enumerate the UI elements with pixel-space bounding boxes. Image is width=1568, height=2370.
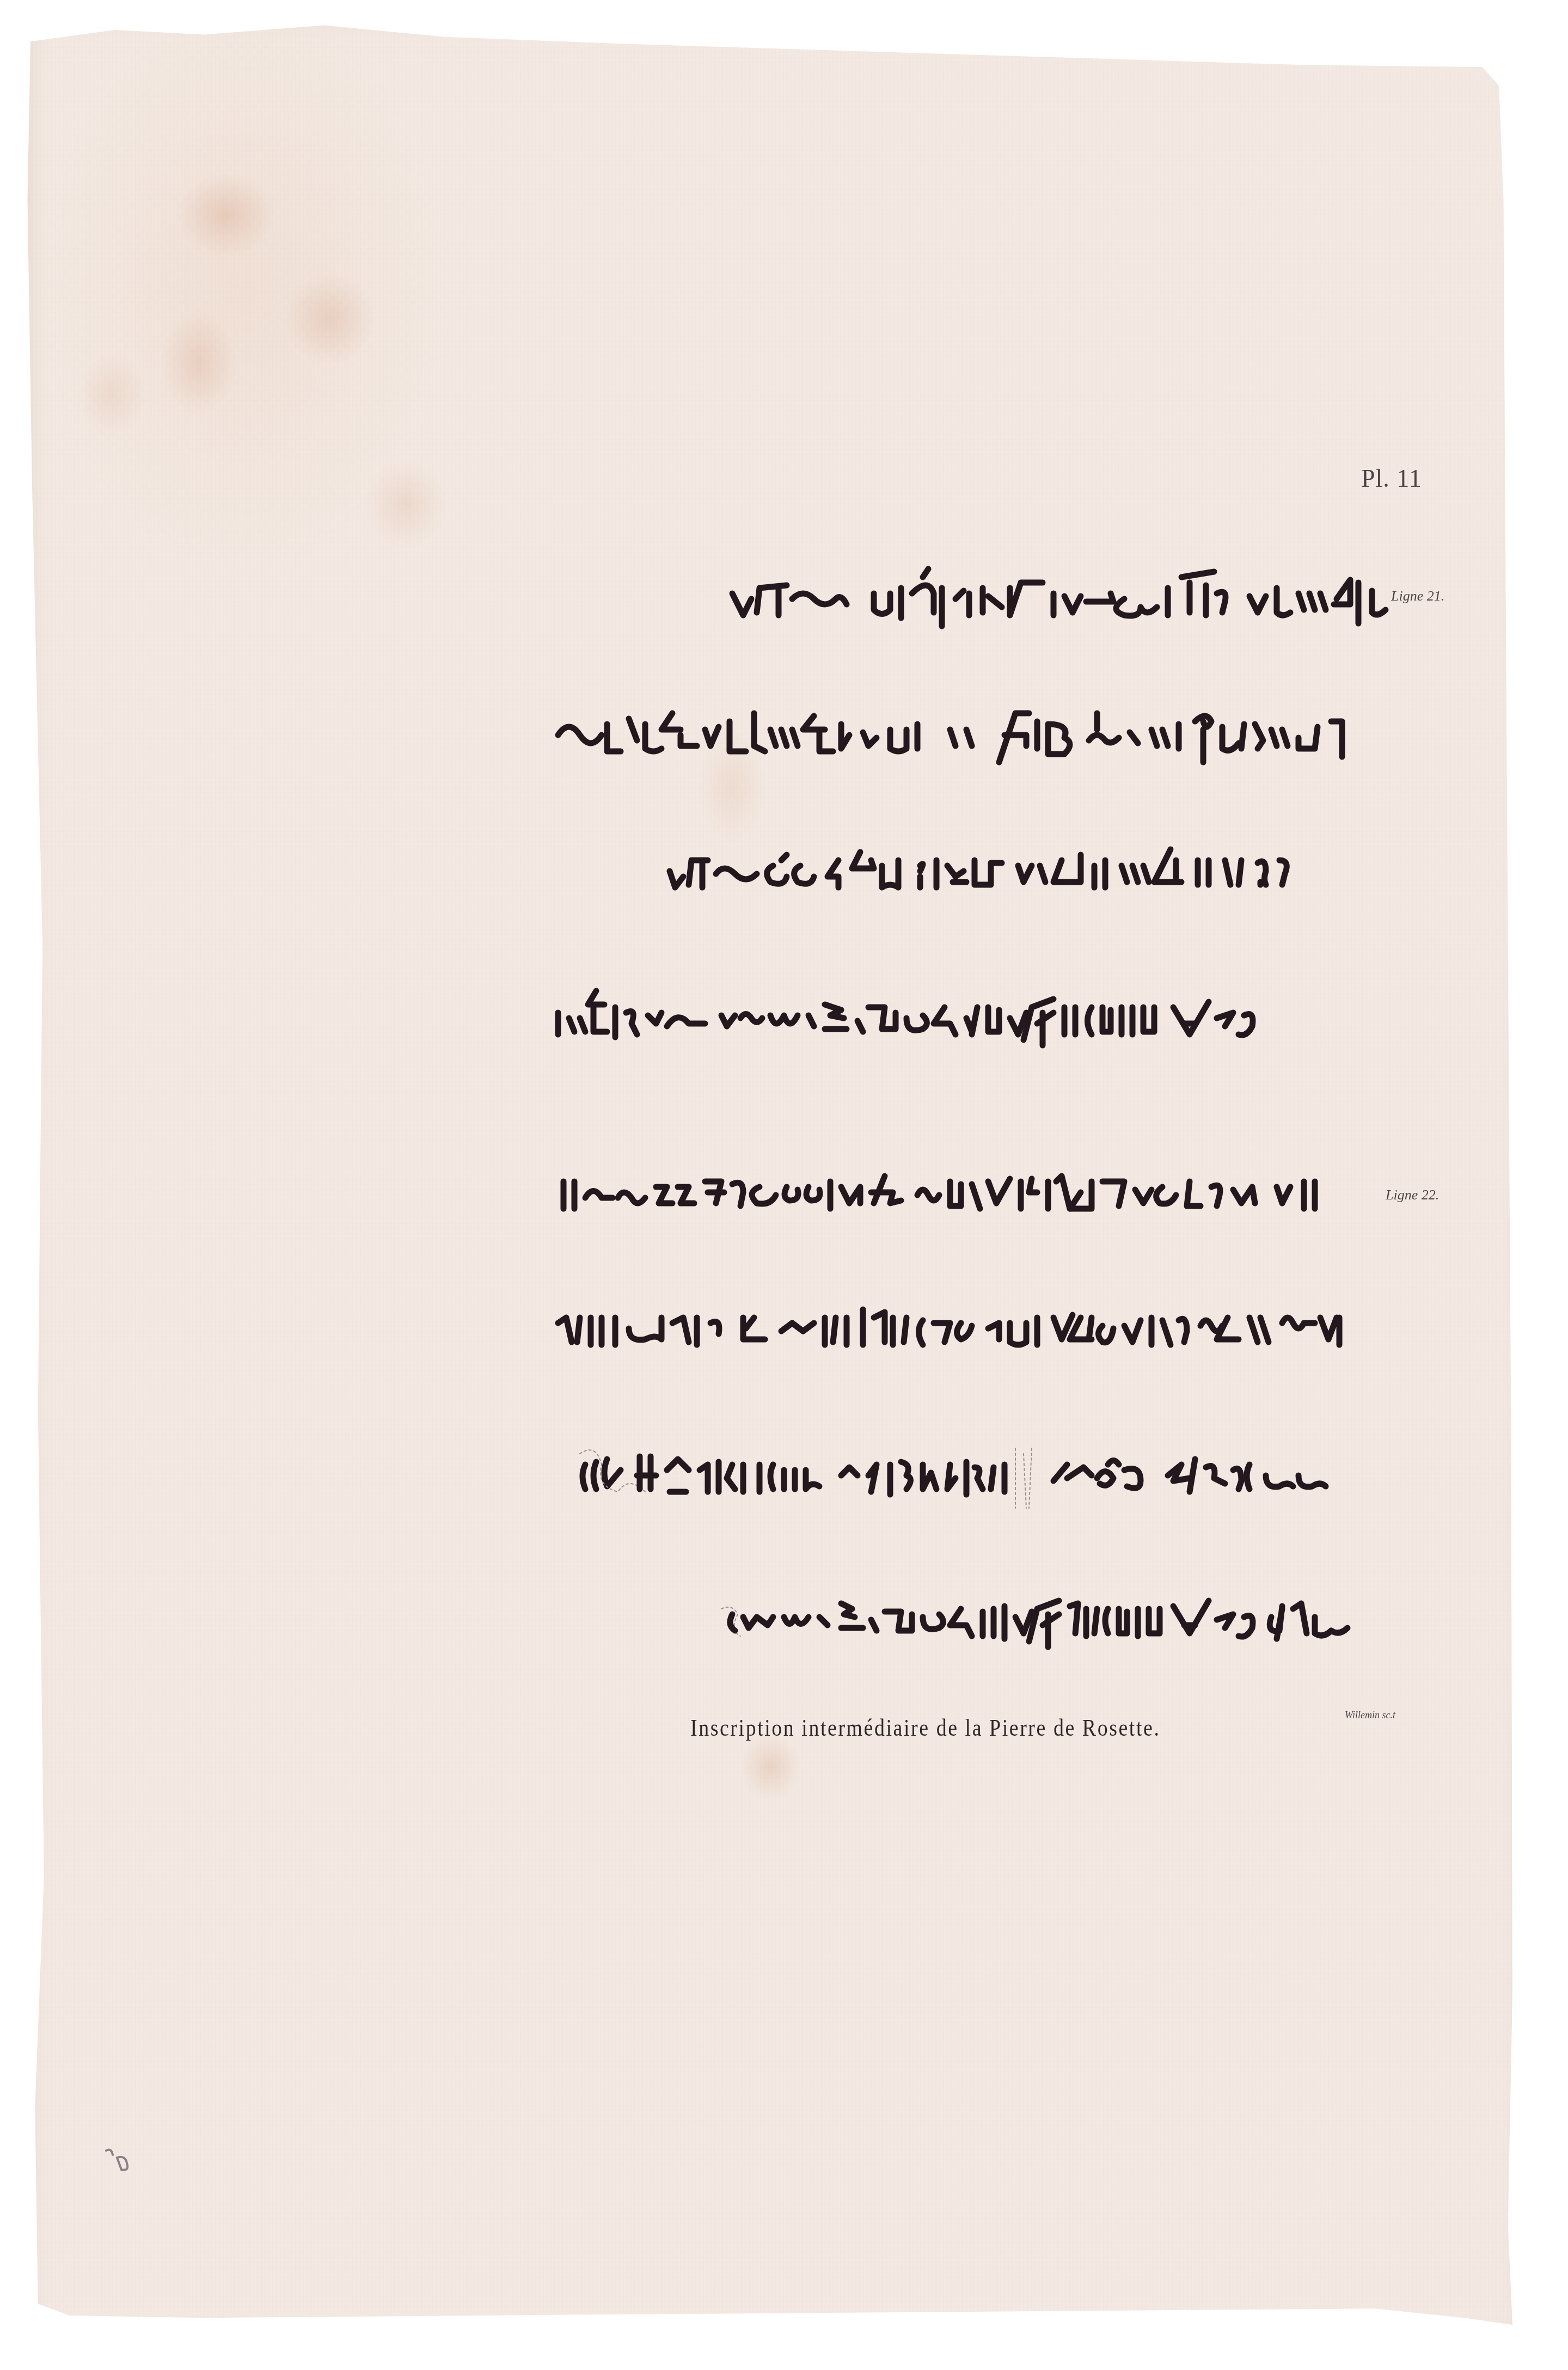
script-line-5 <box>558 1149 1377 1225</box>
script-line-2 <box>553 691 1364 768</box>
plate-number: Pl. 11 <box>1361 464 1422 493</box>
script-line-1 <box>727 555 1391 632</box>
script-line-8 <box>721 1576 1358 1652</box>
line-label-22: Ligne 22. <box>1386 1187 1439 1203</box>
script-line-4 <box>553 975 1364 1051</box>
script-line-6 <box>553 1285 1347 1361</box>
engraver-credit: Willemin sc.t <box>1345 1710 1395 1721</box>
script-line-7 <box>580 1432 1358 1508</box>
script-line-3 <box>664 828 1416 904</box>
pencil-annotation-mark <box>103 2148 142 2174</box>
plate-caption: Inscription intermédiaire de la Pierre d… <box>690 1714 1160 1742</box>
line-label-21: Ligne 21. <box>1391 588 1444 604</box>
